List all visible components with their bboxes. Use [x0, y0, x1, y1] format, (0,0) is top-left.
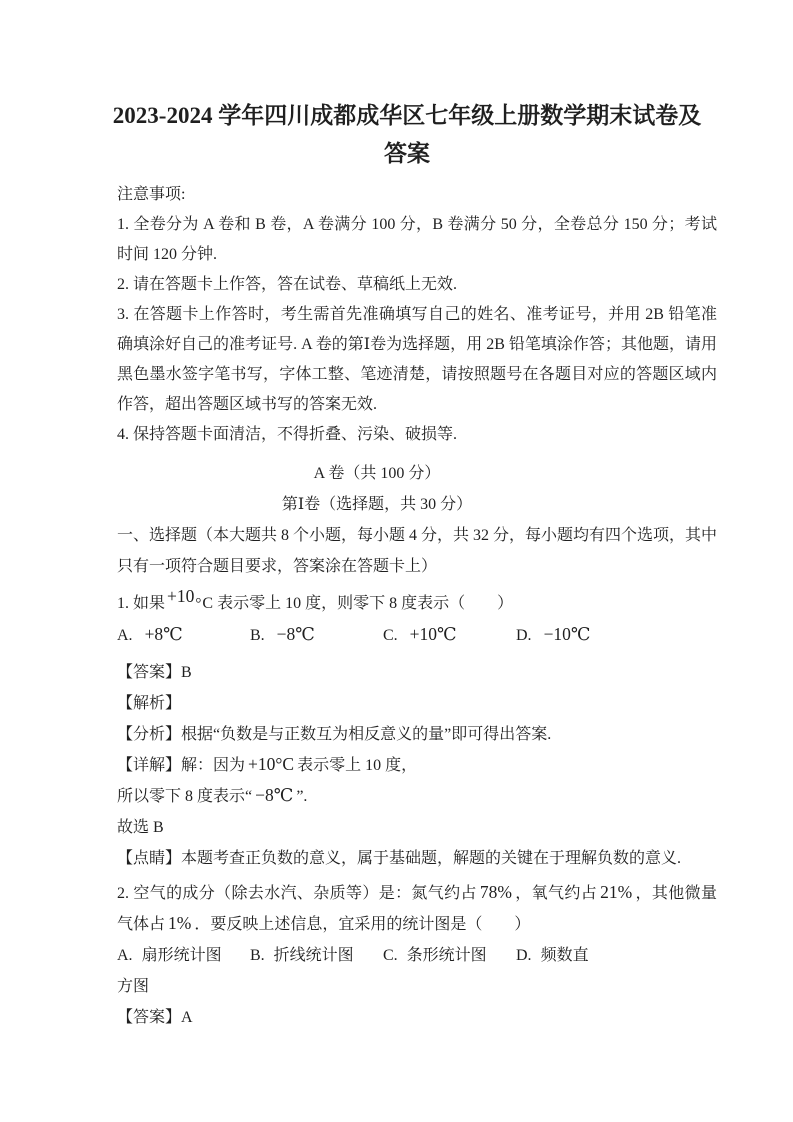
q2-option-d-label: D. — [516, 947, 532, 964]
question-2-stem: 2. 空气的成分（除去水汽、杂质等）是：氮气约占78%，氧气约占21%，其他微量… — [117, 878, 717, 940]
q2-option-a-text: 扇形统计图 — [142, 947, 222, 964]
q2-percent-oxygen: 21% — [600, 882, 632, 902]
q2-option-c-label: C. — [383, 947, 398, 964]
q1-option-a: A.+8℃ — [117, 620, 250, 651]
question-2-options: A.扇形统计图B.折线统计图C.条形统计图D.频数直方图 — [117, 940, 597, 1002]
page-title: 2023-2024 学年四川成都成华区七年级上册数学期末试卷及 答案 — [97, 97, 717, 173]
q2-option-b-label: B. — [250, 947, 265, 964]
q1-detail-line2: 所以零下 8 度表示“−8℃”. — [117, 781, 717, 812]
exam-body: A 卷（共 100 分） 第Ⅰ卷（选择题，共 30 分） 一、选择题（本大题共 … — [117, 458, 717, 1033]
q1-conclusion: 故选 B — [117, 812, 717, 843]
notice-item-2: 2. 请在答题卡上作答，答在试卷、草稿纸上无效. — [117, 270, 717, 300]
q1-option-b: B.−8℃ — [250, 620, 383, 651]
q2-option-b-text: 折线统计图 — [274, 947, 354, 964]
q1-detail-formula: +10°C — [248, 754, 294, 774]
q1-answer: 【答案】B — [117, 657, 717, 688]
q1-option-d-text: −10℃ — [544, 624, 591, 644]
q1-formula: +10 — [167, 588, 194, 606]
q1-option-d: D.−10℃ — [516, 627, 594, 644]
q1-line2-formula: −8℃ — [255, 785, 293, 805]
section-heading-a-paper: A 卷（共 100 分） — [77, 458, 677, 489]
q1-line2-text-2: ”. — [296, 788, 307, 805]
notice-item-1: 1. 全卷分为 A 卷和 B 卷，A 卷满分 100 分，B 卷满分 50 分，… — [117, 210, 717, 270]
q2-option-a: A.扇形统计图 — [117, 940, 250, 971]
title-line-2: 答案 — [97, 135, 717, 173]
q1-stem-text-2: C 表示零上 10 度，则零下 8 度表示（ ） — [202, 595, 513, 612]
q1-jiexi-label: 【解析】 — [117, 688, 717, 719]
q1-stem-text: 1. 如果 — [117, 595, 165, 612]
q1-detail: 【详解】解：因为+10°C表示零上 10 度， — [117, 750, 717, 781]
q1-option-c-label: C. — [383, 627, 398, 644]
notice-heading: 注意事项: — [117, 180, 717, 210]
q2-option-a-label: A. — [117, 947, 133, 964]
q2-option-c-text: 条形统计图 — [407, 947, 487, 964]
question-1-stem: 1. 如果+10°C 表示零上 10 度，则零下 8 度表示（ ） — [117, 588, 717, 620]
q2-option-c: C.条形统计图 — [383, 940, 516, 971]
q1-analysis: 【分析】根据“负数是与正数互为相反意义的量”即可得出答案. — [117, 719, 717, 750]
notice-item-4: 4. 保持答题卡面清洁，不得折叠、污染、破损等. — [117, 420, 717, 450]
q1-option-c: C.+10℃ — [383, 620, 516, 651]
title-line-1: 2023-2024 学年四川成都成华区七年级上册数学期末试卷及 — [97, 97, 717, 135]
q2-stem-text: 2. 空气的成分（除去水汽、杂质等）是：氮气约占 — [117, 885, 477, 902]
q2-stem-text-2: ，氧气约占 — [515, 885, 597, 902]
question-1-options: A.+8℃B.−8℃C.+10℃D.−10℃ — [117, 620, 717, 651]
q1-option-c-text: +10℃ — [410, 624, 457, 644]
notice-item-3: 3. 在答题卡上作答时，考生需首先准确填写自己的姓名、准考证号，并用 2B 铅笔… — [117, 300, 717, 420]
q1-degree-symbol: ° — [195, 596, 201, 612]
q1-option-a-label: A. — [117, 627, 133, 644]
q2-answer: 【答案】A — [117, 1002, 717, 1033]
q2-option-b: B.折线统计图 — [250, 940, 383, 971]
q1-detail-text-2: 表示零上 10 度， — [297, 757, 417, 774]
q1-option-b-label: B. — [250, 627, 265, 644]
q2-percent-other: 1% — [168, 913, 191, 933]
q1-option-d-label: D. — [516, 627, 532, 644]
q2-stem-text-4: ．要反映上述信息，宜采用的统计图是（ ） — [194, 916, 530, 933]
q2-percent-nitrogen: 78% — [480, 882, 512, 902]
q1-tip: 【点睛】本题考查正负数的意义，属于基础题，解题的关键在于理解负数的意义. — [117, 843, 717, 874]
q1-line2-text: 所以零下 8 度表示“ — [117, 788, 252, 805]
document-page: 2023-2024 学年四川成都成华区七年级上册数学期末试卷及 答案 注意事项:… — [0, 0, 793, 1033]
q1-detail-text: 【详解】解：因为 — [117, 757, 245, 774]
q1-option-a-text: +8℃ — [145, 624, 183, 644]
section-heading-part1: 第Ⅰ卷（选择题，共 30 分） — [77, 489, 677, 520]
choice-section-intro: 一、选择题（本大题共 8 个小题，每小题 4 分，共 32 分，每小题均有四个选… — [117, 520, 717, 582]
notice-section: 注意事项: 1. 全卷分为 A 卷和 B 卷，A 卷满分 100 分，B 卷满分… — [117, 180, 717, 450]
q1-option-b-text: −8℃ — [277, 624, 315, 644]
